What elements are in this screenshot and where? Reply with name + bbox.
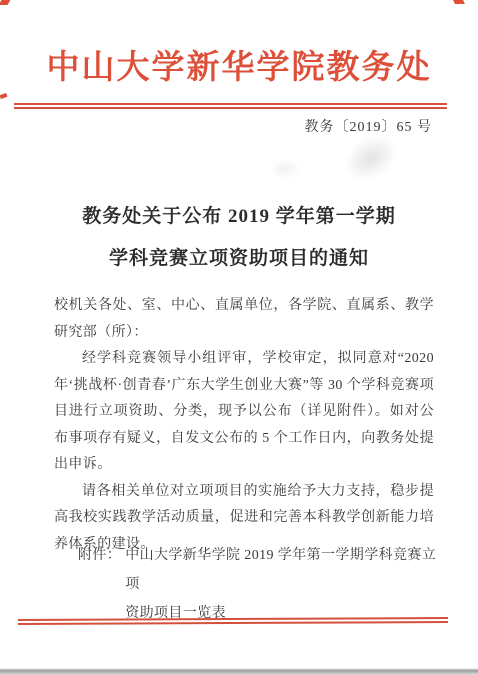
attachment-label: 附件： [78,541,121,628]
body-paragraph-1: 经学科竞赛领导小组评审，学校审定，拟同意对“2020 年‘挑战杯·创青春’广东大… [54,346,434,479]
document-number: 教务〔2019〕65 号 [305,116,433,136]
scan-artifact-top-right [453,0,465,4]
attachment-title-line1: 中山大学新华学院 2019 学年第一学期学科竞赛立项 [125,548,436,592]
document-title: 教务处关于公布 2019 学年第一学期 学科竞赛立项资助项目的通知 [0,196,478,280]
document-page: 中山大学新华学院教务处 教务〔2019〕65 号 教务处关于公布 2019 学年… [0,0,478,675]
letterhead-org-name: 中山大学新华学院教务处 [0,41,478,88]
document-body: 校机关各处、室、中心、直属单位，各学院、直属系、教学研究部（所）： 经学科竞赛领… [54,293,434,558]
document-title-line2: 学科竞赛立项资助项目的通知 [0,238,478,280]
attachment-title: 中山大学新华学院 2019 学年第一学期学科竞赛立项 资助项目一览表 [121,541,438,628]
document-title-line1: 教务处关于公布 2019 学年第一学期 [0,196,478,238]
salutation: 校机关各处、室、中心、直属单位，各学院、直属系、教学研究部（所）： [54,293,434,346]
scan-bottom-edge [0,668,478,675]
scan-artifact-left-edge [0,93,7,99]
scan-artifact-top-left [0,0,10,5]
scan-smudge-small [270,160,300,178]
letterhead-double-rule [14,103,447,109]
attachment-block: 附件： 中山大学新华学院 2019 学年第一学期学科竞赛立项 资助项目一览表 [78,541,438,628]
